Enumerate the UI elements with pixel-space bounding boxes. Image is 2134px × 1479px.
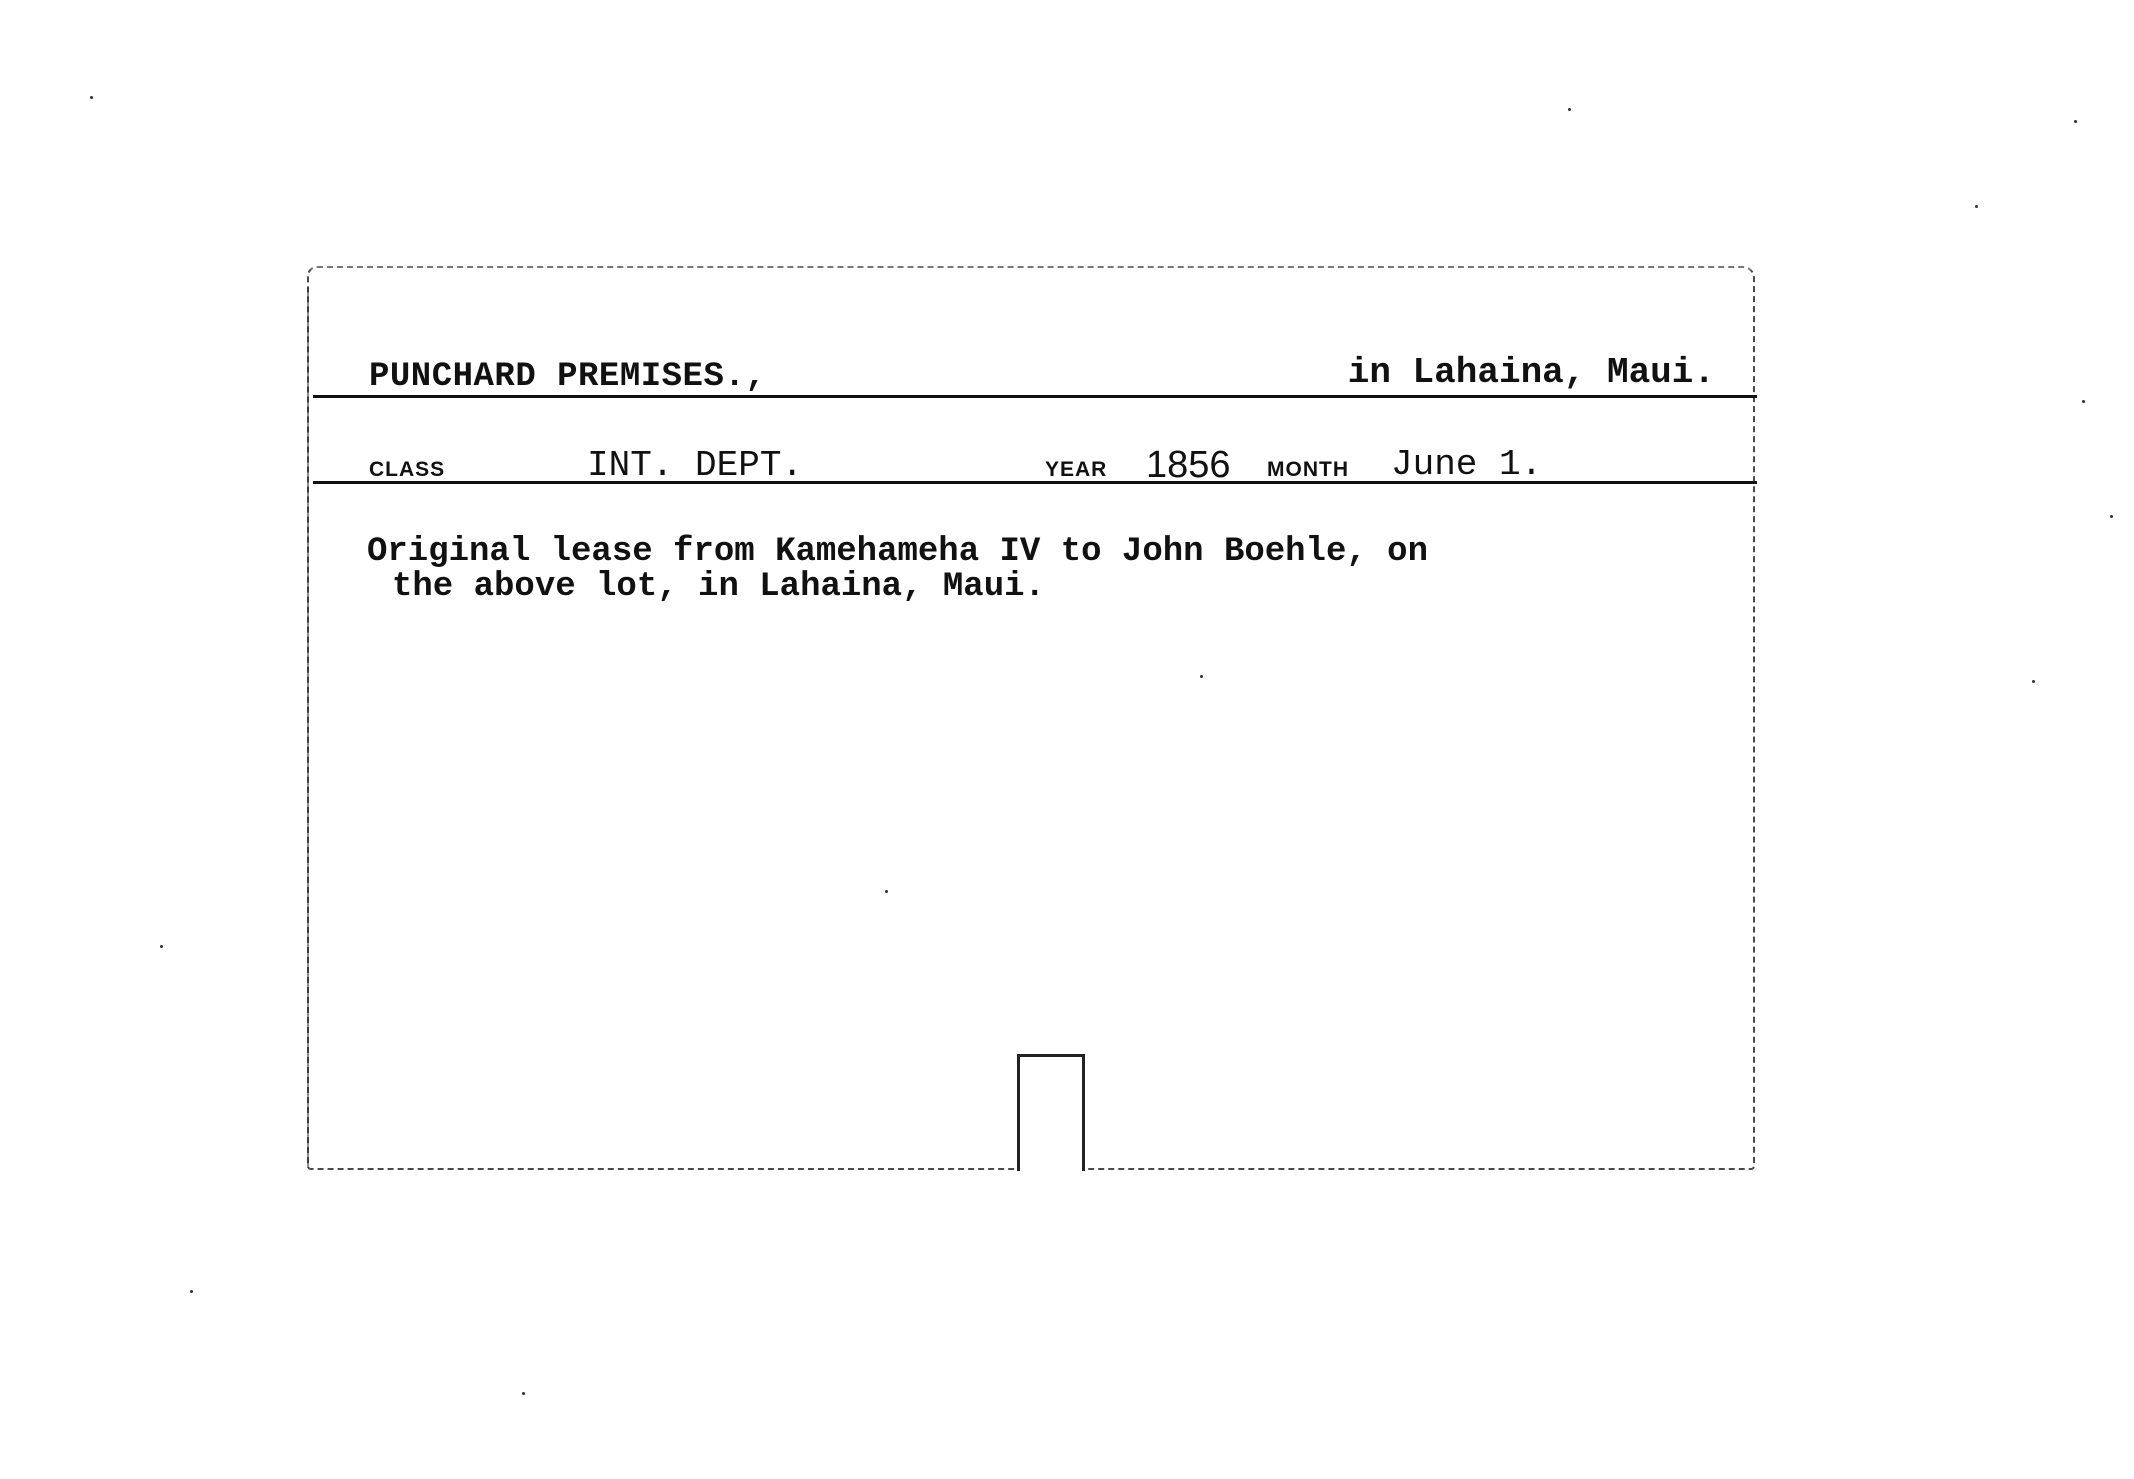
month-label: MONTH [1267,458,1349,482]
scan-speck [1200,675,1203,678]
year-label: YEAR [1045,458,1107,482]
month-value: June 1. [1391,444,1542,485]
class-label: CLASS [369,458,445,482]
description-line-1: Original lease from Kamehameha IV to Joh… [367,533,1428,571]
scan-speck [2082,400,2085,403]
scan-speck [522,1392,525,1395]
scan-speck [885,890,888,893]
scan-speck [1975,205,1978,208]
scan-speck [90,96,93,99]
title-rule [313,395,1757,398]
card-notch [1017,1054,1085,1171]
class-value: INT. DEPT. [587,445,803,486]
scan-speck [2110,515,2113,518]
scan-speck [2032,680,2035,683]
scan-speck [2074,120,2077,123]
scan-speck [1568,108,1571,111]
scan-speck [160,945,163,948]
card-title: PUNCHARD PREMISES., [369,358,766,396]
index-card: PUNCHARD PREMISES., in Lahaina, Maui. CL… [307,266,1755,1170]
card-location: in Lahaina, Maui. [1348,352,1715,393]
scan-speck [190,1290,193,1293]
header-rule [313,481,1757,484]
card-edge [307,288,309,1168]
description-line-2: the above lot, in Lahaina, Maui. [392,568,1045,606]
